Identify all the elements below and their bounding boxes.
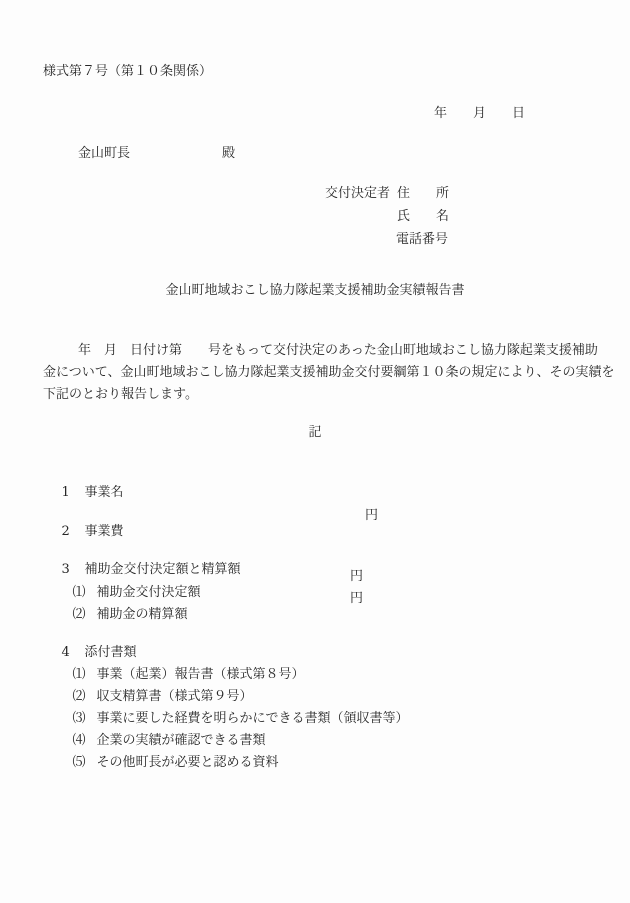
grantee-role-label: 交付決定者 [325,186,390,202]
section-label: 事業名 [85,485,124,500]
section-number: 2 [62,524,85,540]
grantee-phone-label: 電話番号 [396,232,448,248]
grantee-name-label: 氏 名 [397,209,449,225]
subitem-label: その他町長が必要と認める資料 [97,755,279,770]
section-number: 1 [62,485,85,501]
section-label: 事業費 [85,524,124,539]
body-paragraph-line-2: 金について、金山町地域おこし協力隊起業支援補助金交付要綱第１０条の規定により、そ… [43,365,614,381]
yen-unit-label: 円 [365,508,378,524]
body-paragraph-line-1: 年 月 日付け第 号をもって交付決定のあった金山町地域おこし協力隊起業支援補助 [78,343,598,359]
attachment-item-5: ⑸その他町長が必要と認める資料 [56,739,279,788]
subitem-label: 補助金の精算額 [97,607,188,622]
document-page: 様式第７号（第１０条関係） 年 月 日 金山町長 殿 交付決定者 住 所 氏 名… [0,0,630,903]
body-paragraph-line-3: 下記のとおり報告します。 [43,387,198,403]
document-title: 金山町地域おこし協力隊起業支援補助金実績報告書 [0,283,630,299]
issue-date-line: 年 月 日 [434,106,525,122]
subitem-number: ⑸ [73,755,97,771]
grantee-address-label: 住 所 [397,186,449,202]
form-number: 様式第７号（第１０条関係） [43,64,212,80]
addressee-name: 金山町長 [78,146,130,162]
yen-unit-label: 円 [350,591,363,607]
notation-ki: 記 [0,425,630,441]
subitem-number: ⑵ [73,607,97,623]
addressee-honorific: 殿 [222,146,235,162]
yen-unit-label: 円 [350,569,363,585]
